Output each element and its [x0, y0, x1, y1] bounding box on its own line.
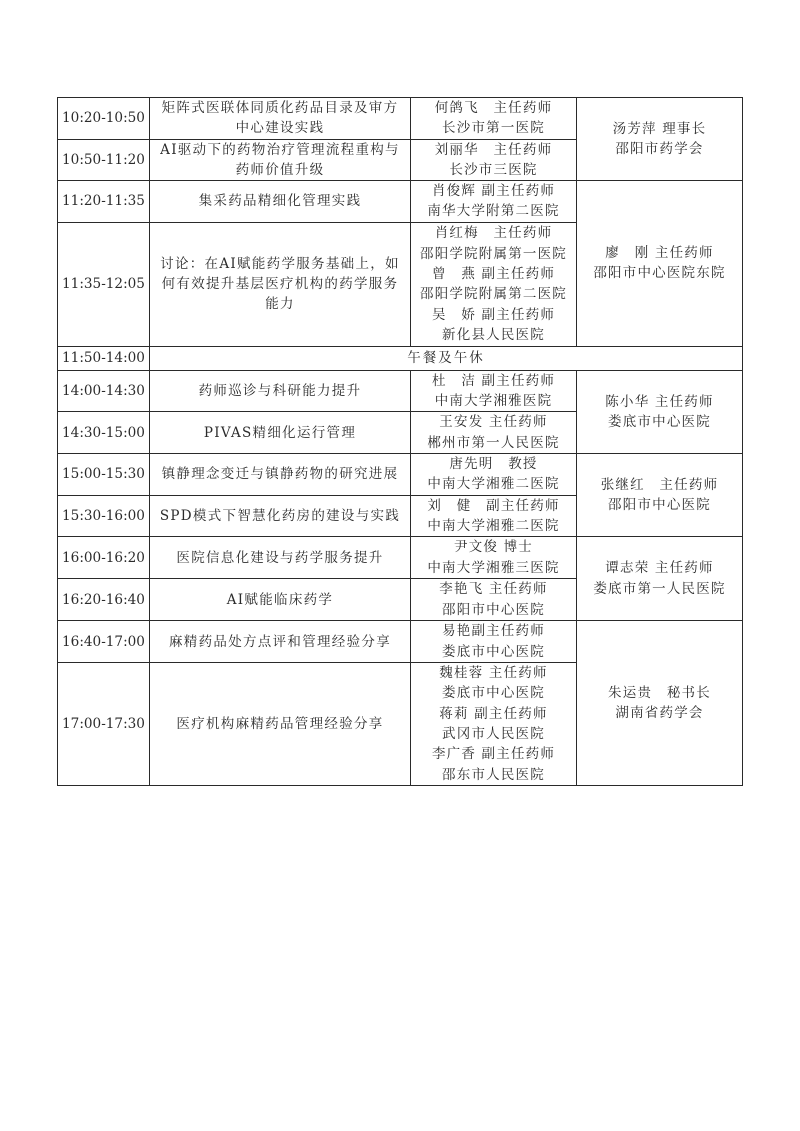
topic-line: 讨论：在AI赋能药学服务基础上，如 [150, 254, 410, 274]
speaker-org: 邵阳市中心医院 [411, 600, 576, 620]
table-row: 10:20-10:50 矩阵式医联体同质化药品目录及审方 中心建设实践 何鸽飞 … [58, 98, 743, 140]
topic-line: 中心建设实践 [150, 118, 410, 138]
speaker-cell: 李艳飞 主任药师 邵阳市中心医院 [411, 579, 577, 621]
speaker-name: 曾 燕 副主任药师 [411, 264, 576, 284]
time-cell: 11:35-12:05 [58, 222, 150, 346]
topic-cell: AI驱动下的药物治疗管理流程重构与 药师价值升级 [150, 139, 411, 181]
table-row: 11:20-11:35 集采药品精细化管理实践 肖俊辉 副主任药师 南华大学附第… [58, 181, 743, 223]
topic-cell: 讨论：在AI赋能药学服务基础上，如 何有效提升基层医疗机构的药学服务 能力 [150, 222, 411, 346]
topic-line: 麻精药品处方点评和管理经验分享 [150, 632, 410, 652]
time-cell: 16:20-16:40 [58, 579, 150, 621]
moderator-org: 邵阳市中心医院 [577, 495, 742, 515]
topic-line: 医院信息化建设与药学服务提升 [150, 548, 410, 568]
moderator-cell: 汤芳萍 理事长 邵阳市药学会 [577, 98, 743, 181]
speaker-org: 邵阳学院附属第二医院 [411, 284, 576, 304]
topic-line: 镇静理念变迁与镇静药物的研究进展 [150, 464, 410, 484]
speaker-cell: 刘丽华 主任药师 长沙市三医院 [411, 139, 577, 181]
speaker-cell: 刘 健 副主任药师 中南大学湘雅二医院 [411, 495, 577, 537]
topic-cell: SPD模式下智慧化药房的建设与实践 [150, 495, 411, 537]
speaker-name: 刘丽华 主任药师 [411, 140, 576, 160]
speaker-cell: 杜 洁 副主任药师 中南大学湘雅医院 [411, 370, 577, 412]
speaker-name: 蒋莉 副主任药师 [411, 704, 576, 724]
moderator-cell: 陈小华 主任药师 娄底市中心医院 [577, 370, 743, 453]
speaker-org: 中南大学湘雅医院 [411, 391, 576, 411]
time-cell: 11:20-11:35 [58, 181, 150, 223]
topic-line: 能力 [150, 294, 410, 314]
moderator-cell: 朱运贵 秘书长 湖南省药学会 [577, 621, 743, 786]
time-cell: 17:00-17:30 [58, 663, 150, 786]
topic-line: 药师巡诊与科研能力提升 [150, 381, 410, 401]
moderator-org: 湖南省药学会 [577, 703, 742, 723]
topic-line: 集采药品精细化管理实践 [150, 191, 410, 211]
topic-cell: 药师巡诊与科研能力提升 [150, 370, 411, 412]
speaker-org: 中南大学湘雅二医院 [411, 516, 576, 536]
topic-line: AI驱动下的药物治疗管理流程重构与 [150, 140, 410, 160]
speaker-name: 魏桂蓉 主任药师 [411, 663, 576, 683]
moderator-cell: 廖 刚 主任药师 邵阳市中心医院东院 [577, 181, 743, 347]
topic-cell: PIVAS精细化运行管理 [150, 412, 411, 454]
speaker-name: 唐先明 教授 [411, 454, 576, 474]
topic-line: 药师价值升级 [150, 160, 410, 180]
time-cell: 11:50-14:00 [58, 346, 150, 370]
speaker-org: 娄底市中心医院 [411, 642, 576, 662]
speaker-org: 娄底市中心医院 [411, 683, 576, 703]
time-cell: 15:30-16:00 [58, 495, 150, 537]
speaker-name: 刘 健 副主任药师 [411, 496, 576, 516]
speaker-name: 肖红梅 主任药师 [411, 223, 576, 243]
speaker-name: 吴 娇 副主任药师 [411, 305, 576, 325]
speaker-name: 尹文俊 博士 [411, 537, 576, 557]
table-row: 14:00-14:30 药师巡诊与科研能力提升 杜 洁 副主任药师 中南大学湘雅… [58, 370, 743, 412]
speaker-cell: 肖红梅 主任药师 邵阳学院附属第一医院 曾 燕 副主任药师 邵阳学院附属第二医院… [411, 222, 577, 346]
time-cell: 14:00-14:30 [58, 370, 150, 412]
table-row-lunch: 11:50-14:00 午餐及午休 [58, 346, 743, 370]
moderator-name: 朱运贵 秘书长 [577, 683, 742, 703]
speaker-org: 邵阳学院附属第一医院 [411, 244, 576, 264]
moderator-name: 陈小华 主任药师 [577, 392, 742, 412]
speaker-name: 王安发 主任药师 [411, 412, 576, 432]
time-cell: 16:40-17:00 [58, 621, 150, 663]
topic-cell: 集采药品精细化管理实践 [150, 181, 411, 223]
speaker-org: 郴州市第一人民医院 [411, 433, 576, 453]
speaker-org: 长沙市第一医院 [411, 118, 576, 138]
moderator-name: 廖 刚 主任药师 [577, 243, 742, 263]
speaker-cell: 易艳副主任药师 娄底市中心医院 [411, 621, 577, 663]
table-row: 16:40-17:00 麻精药品处方点评和管理经验分享 易艳副主任药师 娄底市中… [58, 621, 743, 663]
moderator-cell: 谭志荣 主任药师 娄底市第一人民医院 [577, 537, 743, 621]
topic-cell: 医疗机构麻精药品管理经验分享 [150, 663, 411, 786]
speaker-cell: 唐先明 教授 中南大学湘雅二医院 [411, 453, 577, 495]
speaker-org: 长沙市三医院 [411, 160, 576, 180]
moderator-org: 邵阳市药学会 [577, 139, 742, 159]
topic-line: 何有效提升基层医疗机构的药学服务 [150, 274, 410, 294]
speaker-org: 邵东市人民医院 [411, 765, 576, 785]
speaker-name: 肖俊辉 副主任药师 [411, 181, 576, 201]
moderator-cell: 张继红 主任药师 邵阳市中心医院 [577, 453, 743, 536]
speaker-org: 中南大学湘雅三医院 [411, 558, 576, 578]
time-cell: 16:00-16:20 [58, 537, 150, 579]
speaker-name: 李广香 副主任药师 [411, 744, 576, 764]
time-cell: 10:50-11:20 [58, 139, 150, 181]
topic-cell: 镇静理念变迁与镇静药物的研究进展 [150, 453, 411, 495]
table-row: 16:00-16:20 医院信息化建设与药学服务提升 尹文俊 博士 中南大学湘雅… [58, 537, 743, 579]
topic-cell: 医院信息化建设与药学服务提升 [150, 537, 411, 579]
speaker-org: 新化县人民医院 [411, 325, 576, 345]
speaker-org: 中南大学湘雅二医院 [411, 474, 576, 494]
speaker-name: 易艳副主任药师 [411, 621, 576, 641]
time-cell: 14:30-15:00 [58, 412, 150, 454]
moderator-name: 汤芳萍 理事长 [577, 119, 742, 139]
speaker-name: 何鸽飞 主任药师 [411, 98, 576, 118]
speaker-name: 杜 洁 副主任药师 [411, 371, 576, 391]
speaker-cell: 王安发 主任药师 郴州市第一人民医院 [411, 412, 577, 454]
speaker-cell: 魏桂蓉 主任药师 娄底市中心医院 蒋莉 副主任药师 武冈市人民医院 李广香 副主… [411, 663, 577, 786]
document-page: 10:20-10:50 矩阵式医联体同质化药品目录及审方 中心建设实践 何鸽飞 … [0, 0, 800, 1131]
moderator-org: 娄底市第一人民医院 [577, 579, 742, 599]
speaker-org: 武冈市人民医院 [411, 724, 576, 744]
time-cell: 10:20-10:50 [58, 98, 150, 140]
moderator-name: 谭志荣 主任药师 [577, 558, 742, 578]
speaker-cell: 何鸽飞 主任药师 长沙市第一医院 [411, 98, 577, 140]
speaker-cell: 尹文俊 博士 中南大学湘雅三医院 [411, 537, 577, 579]
speaker-name: 李艳飞 主任药师 [411, 579, 576, 599]
moderator-org: 邵阳市中心医院东院 [577, 263, 742, 283]
topic-line: AI赋能临床药学 [150, 590, 410, 610]
topic-cell: 矩阵式医联体同质化药品目录及审方 中心建设实践 [150, 98, 411, 140]
time-cell: 15:00-15:30 [58, 453, 150, 495]
topic-line: PIVAS精细化运行管理 [150, 423, 410, 443]
moderator-name: 张继红 主任药师 [577, 475, 742, 495]
speaker-cell: 肖俊辉 副主任药师 南华大学附第二医院 [411, 181, 577, 223]
moderator-org: 娄底市中心医院 [577, 412, 742, 432]
topic-cell: AI赋能临床药学 [150, 579, 411, 621]
topic-cell: 麻精药品处方点评和管理经验分享 [150, 621, 411, 663]
topic-line: SPD模式下智慧化药房的建设与实践 [150, 506, 410, 526]
topic-line: 矩阵式医联体同质化药品目录及审方 [150, 98, 410, 118]
table-row: 15:00-15:30 镇静理念变迁与镇静药物的研究进展 唐先明 教授 中南大学… [58, 453, 743, 495]
speaker-org: 南华大学附第二医院 [411, 201, 576, 221]
schedule-table: 10:20-10:50 矩阵式医联体同质化药品目录及审方 中心建设实践 何鸽飞 … [57, 97, 743, 786]
topic-line: 医疗机构麻精药品管理经验分享 [150, 714, 410, 734]
lunch-break-cell: 午餐及午休 [150, 346, 743, 370]
